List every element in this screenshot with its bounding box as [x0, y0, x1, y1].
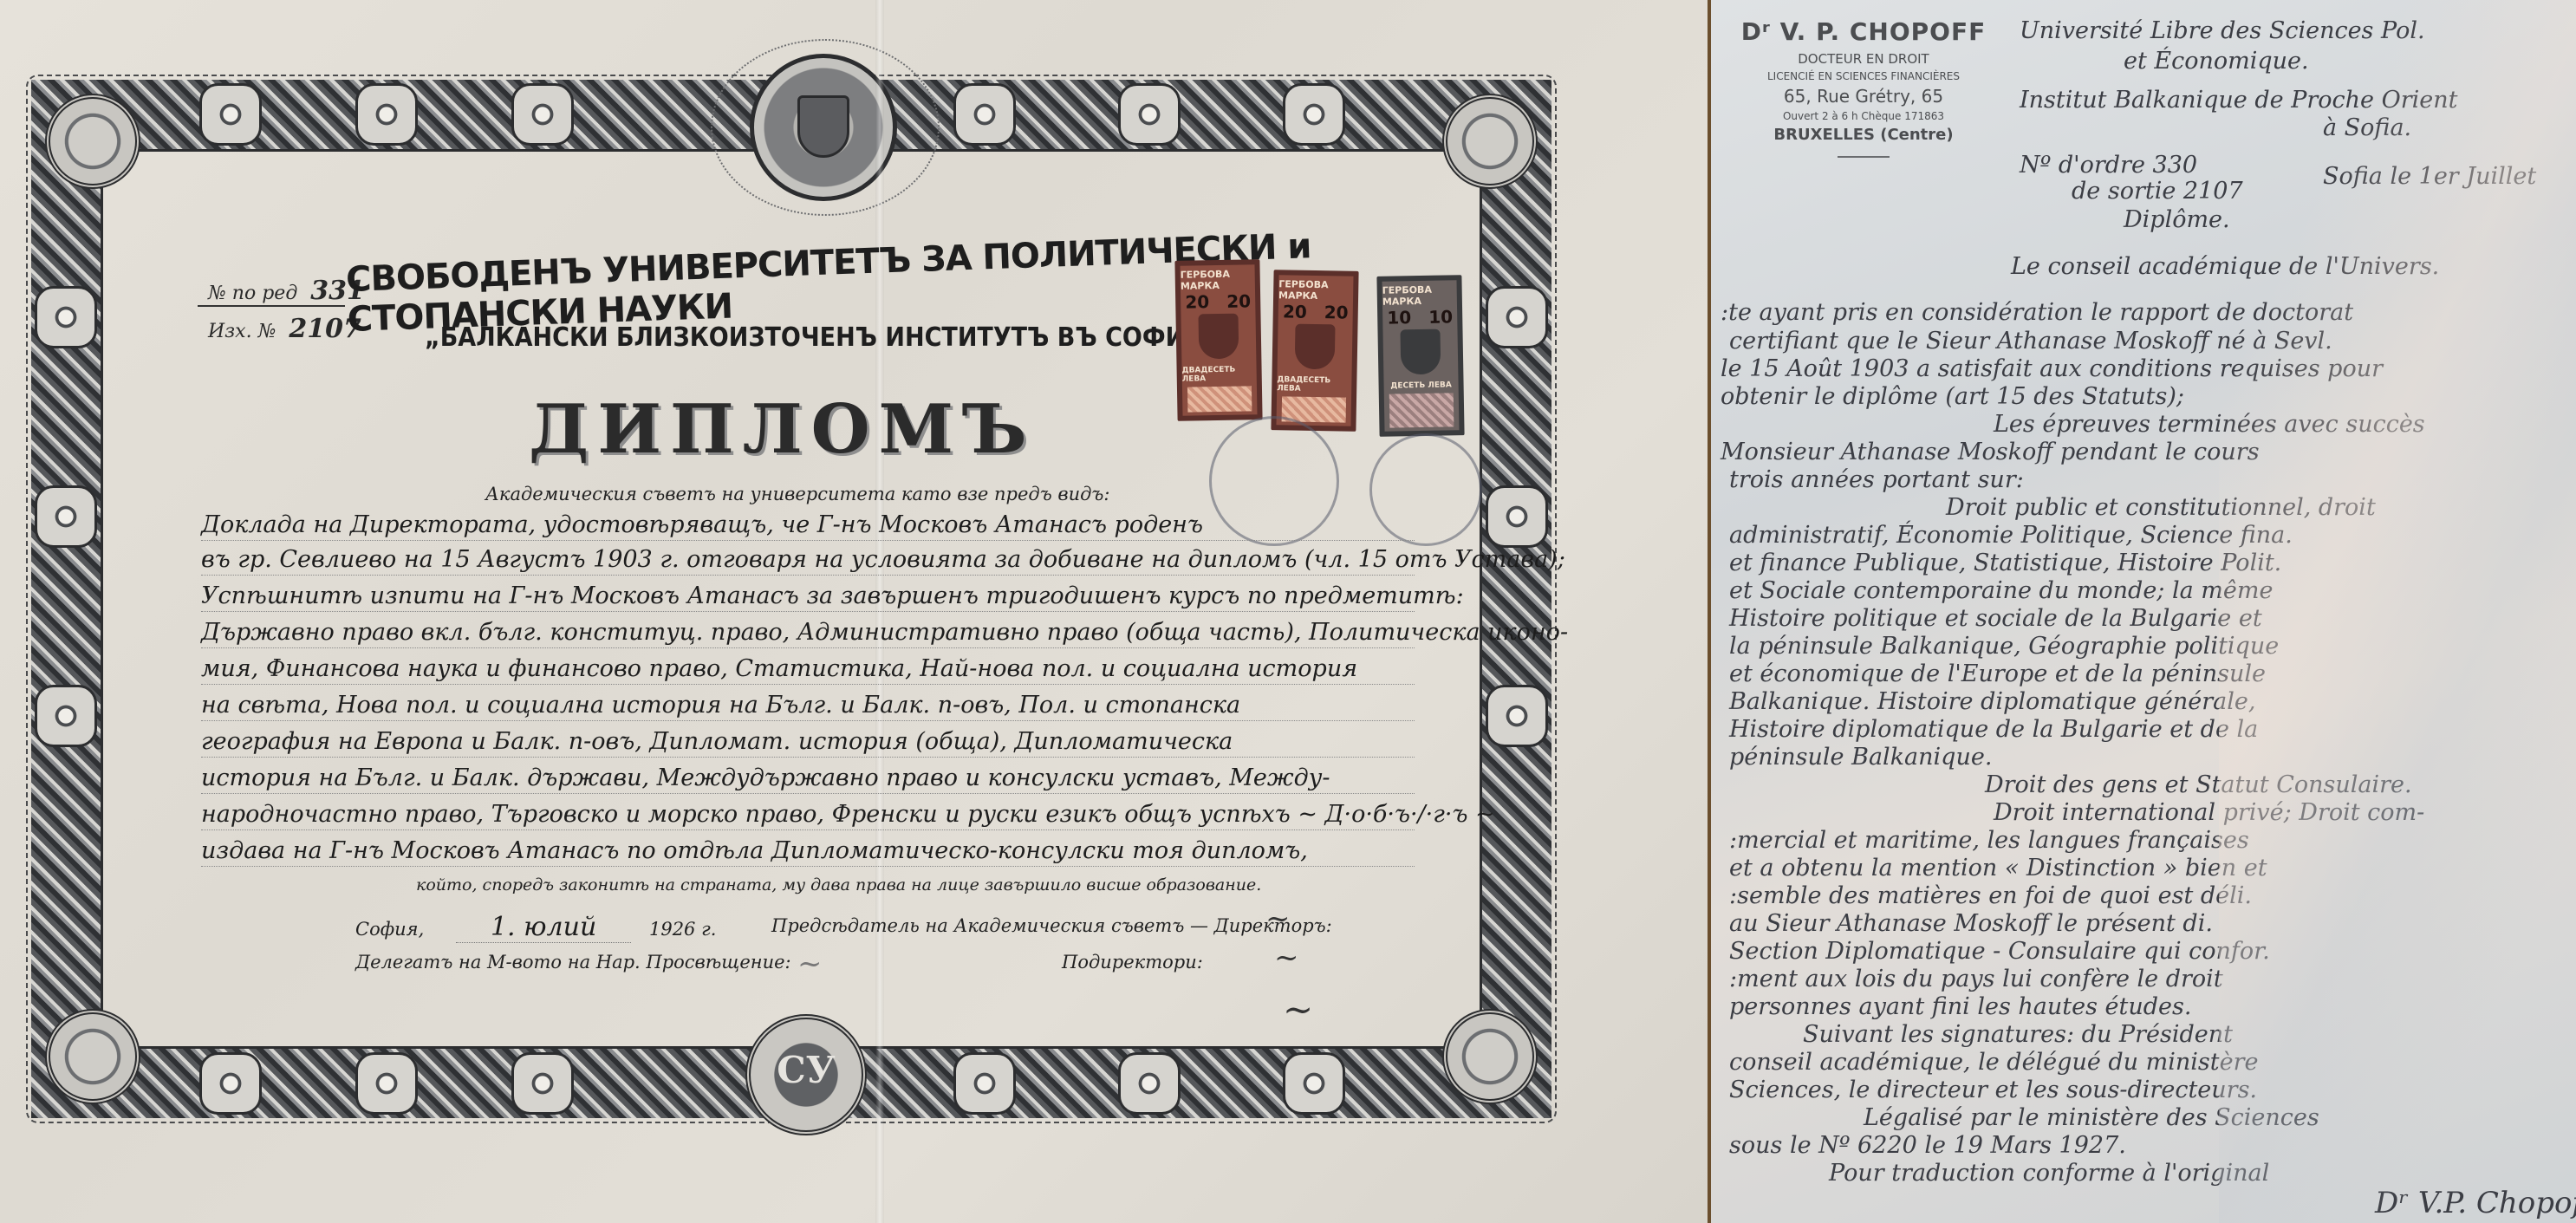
place-date: София, 1. юлий 1926 г. [355, 912, 716, 942]
knot-ornament-icon [953, 1052, 1016, 1115]
stamp-header: ГЕРБОВА МАРКА [1181, 268, 1255, 291]
translator-signature: Dʳ V.P. Chopoff [2375, 1186, 2576, 1220]
knot-ornament-icon [355, 1052, 418, 1115]
knot-ornament-icon [953, 83, 1016, 146]
seal-monogram: СУ [745, 1049, 867, 1091]
letterhead-name: Dʳ V. P. CHOPOFF [1734, 17, 1994, 46]
stamp-guilloche-pattern [1389, 393, 1454, 427]
translation-line: Histoire politique et sociale de la Bulg… [1729, 605, 2262, 632]
revenue-stamp-10: ГЕРБОВА МАРКА 1010 ДЕСЕТЬ ЛЕВА [1376, 275, 1464, 437]
translation-line: :ment aux lois du pays lui confère le dr… [1729, 966, 2223, 992]
knot-ornament-icon [199, 1052, 262, 1115]
stamp-value: 10 [1387, 307, 1411, 328]
translation-line: Sciences, le directeur et les sous-direc… [1729, 1077, 2257, 1103]
translation-line: et a obtenu la mention « Distinction » b… [1729, 855, 2267, 881]
order-number: № по ред 331 [208, 276, 365, 306]
corner-monogram-icon [45, 1009, 140, 1104]
diploma-line: издава на Г-нъ Московъ Атанасъ по отдѣла… [201, 837, 1415, 867]
delegate-label: Делегатъ на М-вото на Нар. Просвѣщение: [355, 952, 791, 973]
translation-line: et finance Publique, Statistique, Histoi… [1729, 550, 2281, 576]
letterhead-city: BRUXELLES (Centre) [1734, 126, 1994, 144]
knot-ornament-icon [1118, 1052, 1181, 1115]
knot-ornament-icon [1486, 685, 1548, 747]
order-number-label: № по ред [208, 283, 297, 304]
knot-ornament-icon [199, 83, 262, 146]
stamp-guilloche-pattern [1187, 386, 1252, 412]
date-line: Sofia le 1er Juillet [2323, 163, 2536, 190]
knot-ornament-icon [511, 1052, 574, 1115]
diploma-line: въ гр. Севлиево на 15 Августъ 1903 г. от… [201, 546, 1415, 576]
heading-line: Université Libre des Sciences Pol. [2020, 17, 2425, 44]
revenue-stamp-20: ГЕРБОВА МАРКА 2020 ДВАДЕСЕТЬ ЛЕВА [1174, 259, 1262, 421]
translation-line: et Sociale contemporaine du monde; la mê… [1729, 577, 2273, 604]
translation-line: Droit des gens et Statut Consulaire. [1985, 771, 2412, 798]
translation-line: trois années portant sur: [1729, 466, 2024, 493]
deputy-label: Подиректори: [1062, 952, 1203, 973]
letterhead-title: DOCTEUR EN DROIT [1734, 51, 1994, 67]
stamp-value: 10 [1428, 306, 1453, 327]
translation-line: administratif, Économie Politique, Scien… [1729, 522, 2293, 549]
stamp-header: ГЕРБОВА МАРКА [1382, 283, 1457, 307]
knot-ornament-icon [355, 83, 418, 146]
knot-ornament-icon [1486, 485, 1548, 548]
deputy-signature: ~ [1274, 940, 1299, 975]
reference-exit: de sortie 2107 [2072, 178, 2243, 205]
translation-line: conseil académique, le délégué du minist… [1729, 1049, 2258, 1076]
letterhead-hours: Ouvert 2 à 6 h Chèque 171863 [1734, 110, 1994, 122]
knot-ornament-icon [35, 685, 97, 747]
revenue-stamp-20: ГЕРБОВА МАРКА 2020 ДВАДЕСЕТЬ ЛЕВА [1271, 270, 1358, 432]
diploma-line: народночастно право, Търговско и морско … [201, 801, 1415, 830]
heading-line: et Économique. [2124, 48, 2309, 75]
letterhead-address: 65, Rue Grétry, 65 [1734, 86, 1994, 107]
stamp-value: 20 [1283, 301, 1307, 322]
outgoing-number: Изх. № 2107 [208, 314, 361, 344]
translation-line: Les épreuves terminées avec succès [1994, 411, 2425, 438]
letterhead-license: LICENCIÉ EN SCIENCES FINANCIÈRES [1734, 70, 1994, 82]
knot-ornament-icon [35, 485, 97, 548]
translation-line: :semble des matières en foi de quoi est … [1729, 882, 2252, 909]
date-value: 1. юлий [456, 912, 631, 943]
knot-ornament-icon [1283, 1052, 1345, 1115]
lion-crest-icon [1198, 314, 1239, 360]
outgoing-number-label: Изх. № [208, 321, 276, 342]
translation-line: au Sieur Athanase Moskoff le présent di. [1729, 910, 2213, 937]
letterhead-rule [1838, 156, 1890, 158]
knot-ornament-icon [1118, 83, 1181, 146]
translation-line: Suivant les signatures: du Président [1803, 1021, 2233, 1048]
translation-line: Monsieur Athanase Moskoff pendant le cou… [1721, 439, 2260, 465]
knot-ornament-icon [1486, 286, 1548, 348]
lion-crest-icon [1400, 329, 1441, 375]
corner-monogram-icon [45, 94, 140, 189]
legalization-line: Légalisé par le ministère des Sciences [1864, 1104, 2319, 1131]
translation-line: Le conseil académique de l'Univers. [2011, 253, 2439, 280]
reference-label: Diplôme. [2124, 206, 2230, 233]
diploma-line: Успѣшнитѣ изпити на Г-нъ Московъ Атанасъ… [201, 582, 1415, 612]
stamp-header: ГЕРБОВА МАРКА [1278, 278, 1353, 302]
translation-line: Droit international privé; Droit com- [1994, 799, 2424, 826]
institute-title: „БАЛКАНСКИ БЛИЗКОИЗТОЧЕНЪ ИНСТИТУТЪ ВЪ С… [425, 322, 1219, 353]
stamp-value: 20 [1226, 290, 1251, 311]
diploma-line: Доклада на Директората, удостовѣряващъ, … [201, 511, 1415, 541]
translation-line: Droit public et constitutionnel, droit [1946, 494, 2376, 521]
translation-line: certifiant que le Sieur Athanase Moskoff… [1729, 328, 2332, 355]
letterhead: Dʳ V. P. CHOPOFF DOCTEUR EN DROIT LICENC… [1734, 17, 1994, 158]
translation-line: Histoire diplomatique de la Bulgarie et … [1729, 716, 2258, 743]
stamp-words: ДВАДЕСЕТЬ ЛЕВА [1277, 375, 1351, 394]
diploma-title: ДИПЛОМЪ [529, 390, 1036, 469]
corner-monogram-icon [1442, 1009, 1538, 1104]
knot-ornament-icon [1283, 83, 1345, 146]
translation-line: et économique de l'Europe et de la pénin… [1729, 660, 2266, 687]
chairman-label: Предсѣдатель на Академическия съветъ — Д… [771, 915, 1332, 936]
stamp-value: 20 [1185, 291, 1209, 312]
translation-certification: Pour traduction conforme à l'original [1829, 1160, 2269, 1187]
translation-line: le 15 Août 1903 a satisfait aux conditio… [1721, 355, 2383, 382]
legalization-line: sous le Nº 6220 le 19 Mars 1927. [1729, 1132, 2126, 1159]
corner-monogram-icon [1442, 94, 1538, 189]
diploma-line: Държавно право вкл. бълг. конституц. пра… [201, 619, 1415, 648]
serial-divider [198, 305, 345, 307]
stamp-words: ДЕСЕТЬ ЛЕВА [1390, 381, 1452, 390]
year-value: 1926 г. [649, 919, 716, 940]
city-label: София, [355, 919, 424, 940]
diploma-line: география на Европа и Балк. п-овъ, Дипло… [201, 728, 1415, 758]
translation-line: Balkanique. Histoire diplomatique généra… [1729, 688, 2255, 715]
diploma-line: мия, Финансова наука и финансово право, … [201, 655, 1415, 685]
lion-crest-icon [1295, 324, 1336, 370]
diploma-line: на свѣта, Нова пол. и социална история н… [201, 692, 1415, 721]
translation-line: Section Diplomatique - Consulaire qui co… [1729, 938, 2270, 965]
diploma-closing: който, споредъ законитѣ на страната, му … [416, 875, 1261, 894]
stamp-words: ДВАДЕСЕТЬ ЛЕВА [1182, 365, 1257, 383]
delegate-signature: ~ [797, 947, 823, 981]
director-signature: ~ [1265, 901, 1291, 936]
translation-line: :te ayant pris en considération le rappo… [1721, 299, 2353, 326]
translation-line: :mercial et maritime, les langues frança… [1729, 827, 2249, 854]
lion-shield-icon [797, 95, 849, 158]
reference-order: Nº d'ordre 330 [2020, 152, 2197, 179]
translation-line: personnes ayant fini les hautes études. [1729, 993, 2191, 1020]
heading-line: à Sofia. [2323, 114, 2411, 141]
translation-line: la péninsule Balkanique, Géographie poli… [1729, 633, 2279, 660]
translation-line: péninsule Balkanique. [1729, 744, 1992, 771]
diploma-line: история на Бълг. и Балк. държави, Междуд… [201, 764, 1415, 794]
diploma-preamble: Академическия съветъ на университета кат… [485, 484, 1110, 504]
knot-ornament-icon [35, 286, 97, 348]
stamp-value: 20 [1324, 302, 1349, 322]
heading-line: Institut Balkanique de Proche Orient [2020, 87, 2458, 114]
knot-ornament-icon [511, 83, 574, 146]
translation-line: obtenir le diplôme (art 15 des Statuts); [1721, 383, 2184, 410]
deputy-signature: ~ [1283, 988, 1313, 1031]
